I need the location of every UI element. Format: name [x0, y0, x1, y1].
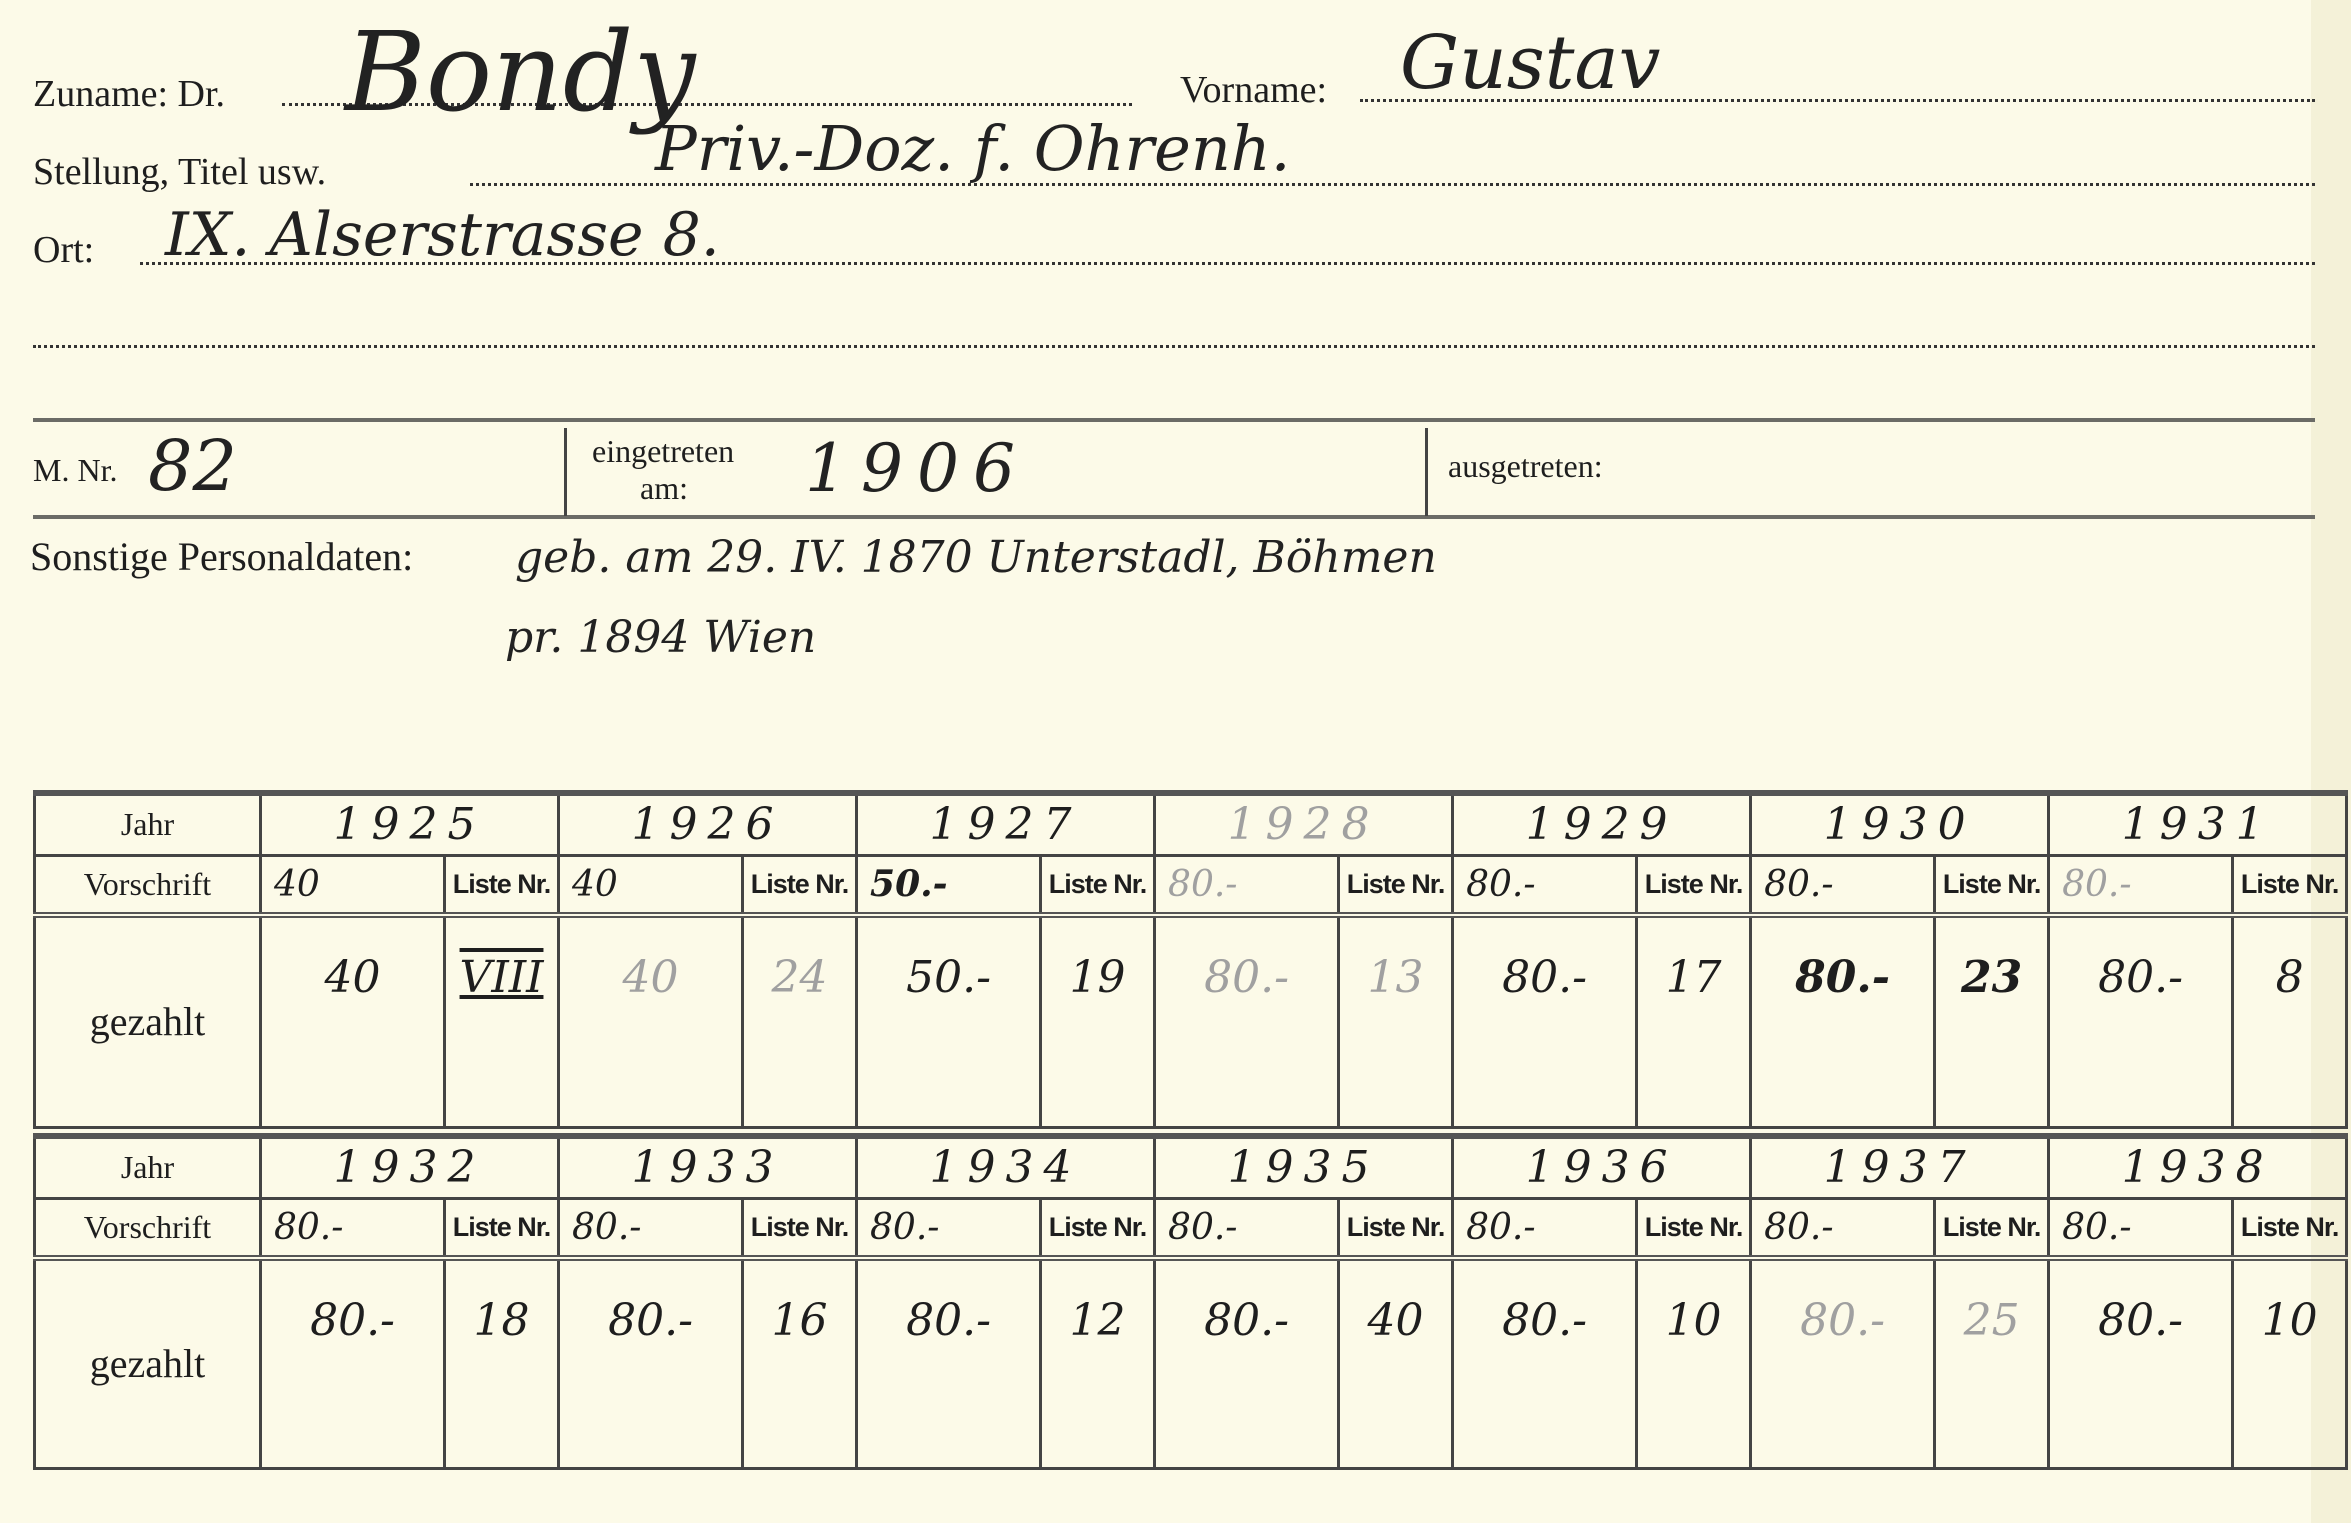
vorschrift-cell: 80.- [1751, 855, 1935, 915]
vorschrift-cell: 80.- [1751, 1198, 1935, 1258]
vorname-label: Vorname: [1180, 68, 1327, 112]
jahr-label: Jahr [35, 1136, 261, 1198]
gezahlt-row: gezahlt 40 VIII 40 24 50.- 19 80.- 13 80… [35, 915, 2347, 1127]
liste-cell: 10 [2233, 1258, 2347, 1468]
vorschrift-cell: 80.- [261, 1198, 445, 1258]
vorschrift-cell: 40 [559, 855, 743, 915]
gezahlt-cell: 50.- [857, 915, 1041, 1127]
vorschrift-label: Vorschrift [35, 855, 261, 915]
vorschrift-label: Vorschrift [35, 1198, 261, 1258]
jahr-row: Jahr 1932 1933 1934 1935 1936 1937 1938 [35, 1136, 2347, 1198]
blank-line [33, 345, 2315, 348]
liste-cell: 23 [1935, 915, 2049, 1127]
liste-cell: 24 [743, 915, 857, 1127]
liste-header: Liste Nr. [1637, 855, 1751, 915]
gezahlt-cell: 80.- [1453, 1258, 1637, 1468]
gezahlt-cell: 80.- [2049, 1258, 2233, 1468]
liste-header: Liste Nr. [1339, 1198, 1453, 1258]
year-cell: 1929 [1453, 793, 1751, 855]
am-label: am: [640, 470, 688, 507]
liste-cell: 10 [1637, 1258, 1751, 1468]
liste-cell: VIII [445, 915, 559, 1127]
gezahlt-cell: 80.- [1751, 1258, 1935, 1468]
liste-cell: 17 [1637, 915, 1751, 1127]
liste-header: Liste Nr. [445, 1198, 559, 1258]
vorschrift-cell: 80.- [1453, 855, 1637, 915]
stellung-label: Stellung, Titel usw. [33, 150, 326, 194]
liste-header: Liste Nr. [743, 1198, 857, 1258]
sonstige-label: Sonstige Personaldaten: [30, 533, 413, 580]
liste-header: Liste Nr. [1935, 1198, 2049, 1258]
year-cell: 1935 [1155, 1136, 1453, 1198]
year-cell: 1931 [2049, 793, 2347, 855]
gezahlt-cell: 80.- [1453, 915, 1637, 1127]
vorschrift-cell: 80.- [1155, 1198, 1339, 1258]
gezahlt-cell: 40 [559, 915, 743, 1127]
vorschrift-cell: 50.- [857, 855, 1041, 915]
gezahlt-cell: 80.- [1155, 1258, 1339, 1468]
vorschrift-cell: 80.- [1155, 855, 1339, 915]
year-cell: 1928 [1155, 793, 1453, 855]
liste-header: Liste Nr. [1339, 855, 1453, 915]
liste-header: Liste Nr. [2233, 1198, 2347, 1258]
gezahlt-cell: 40 [261, 915, 445, 1127]
gezahlt-cell: 80.- [857, 1258, 1041, 1468]
liste-header: Liste Nr. [445, 855, 559, 915]
m-nr-label: M. Nr. [33, 452, 117, 489]
year-cell: 1926 [559, 793, 857, 855]
ort-value: IX. Alserstrasse 8. [165, 200, 720, 270]
liste-header: Liste Nr. [1041, 855, 1155, 915]
vorschrift-cell: 80.- [559, 1198, 743, 1258]
gezahlt-row: gezahlt 80.- 18 80.- 16 80.- 12 80.- 40 … [35, 1258, 2347, 1468]
liste-cell: 25 [1935, 1258, 2049, 1468]
vorschrift-cell: 80.- [857, 1198, 1041, 1258]
liste-cell: 40 [1339, 1258, 1453, 1468]
liste-cell: 13 [1339, 915, 1453, 1127]
jahr-row: Jahr 1925 1926 1927 1928 1929 1930 1931 [35, 793, 2347, 855]
year-cell: 1925 [261, 793, 559, 855]
jahr-label: Jahr [35, 793, 261, 855]
gezahlt-label: gezahlt [35, 915, 261, 1127]
year-cell: 1932 [261, 1136, 559, 1198]
zuname-value: Bondy [345, 8, 695, 136]
m-nr-value: 82 [148, 425, 237, 507]
payments-table-1932-1938: Jahr 1932 1933 1934 1935 1936 1937 1938 … [33, 1133, 2348, 1470]
liste-header: Liste Nr. [743, 855, 857, 915]
sonstige-line-1: geb. am 29. IV. 1870 Unterstadl, Böhmen [515, 532, 1437, 583]
gezahlt-cell: 80.- [261, 1258, 445, 1468]
year-cell: 1938 [2049, 1136, 2347, 1198]
year-cell: 1927 [857, 793, 1155, 855]
gezahlt-label: gezahlt [35, 1258, 261, 1468]
gezahlt-cell: 80.- [1751, 915, 1935, 1127]
vorschrift-cell: 40 [261, 855, 445, 915]
year-cell: 1934 [857, 1136, 1155, 1198]
payments-table-1925-1931: Jahr 1925 1926 1927 1928 1929 1930 1931 … [33, 790, 2348, 1129]
gezahlt-cell: 80.- [1155, 915, 1339, 1127]
liste-header: Liste Nr. [2233, 855, 2347, 915]
liste-cell: 8 [2233, 915, 2347, 1127]
stellung-value: Priv.-Doz. f. Ohrenh. [655, 112, 1290, 185]
divider-1 [564, 428, 567, 516]
liste-cell: 18 [445, 1258, 559, 1468]
rule-bottom [33, 515, 2315, 519]
gezahlt-cell: 80.- [2049, 915, 2233, 1127]
vorname-value: Gustav [1400, 20, 1660, 106]
ort-label: Ort: [33, 228, 94, 272]
year-cell: 1936 [1453, 1136, 1751, 1198]
liste-cell: 16 [743, 1258, 857, 1468]
vorschrift-row: Vorschrift 40 Liste Nr. 40 Liste Nr. 50.… [35, 855, 2347, 915]
vorschrift-cell: 80.- [2049, 1198, 2233, 1258]
year-cell: 1930 [1751, 793, 2049, 855]
vorschrift-cell: 80.- [1453, 1198, 1637, 1258]
liste-header: Liste Nr. [1041, 1198, 1155, 1258]
vorschrift-row: Vorschrift 80.- Liste Nr. 80.- Liste Nr.… [35, 1198, 2347, 1258]
rule-top [33, 418, 2315, 422]
liste-header: Liste Nr. [1637, 1198, 1751, 1258]
eingetreten-label: eingetreten [592, 433, 734, 470]
gezahlt-cell: 80.- [559, 1258, 743, 1468]
year-cell: 1937 [1751, 1136, 2049, 1198]
year-cell: 1933 [559, 1136, 857, 1198]
liste-header: Liste Nr. [1935, 855, 2049, 915]
ausgetreten-label: ausgetreten: [1448, 448, 1603, 485]
eingetreten-value: 1906 [805, 430, 1029, 507]
zuname-label: Zuname: Dr. [33, 72, 225, 116]
sonstige-line-2: pr. 1894 Wien [505, 612, 816, 663]
divider-2 [1425, 428, 1428, 516]
liste-cell: 19 [1041, 915, 1155, 1127]
membership-card: Zuname: Dr. Bondy Vorname: Gustav Stellu… [0, 0, 2351, 1523]
liste-cell: 12 [1041, 1258, 1155, 1468]
vorschrift-cell: 80.- [2049, 855, 2233, 915]
